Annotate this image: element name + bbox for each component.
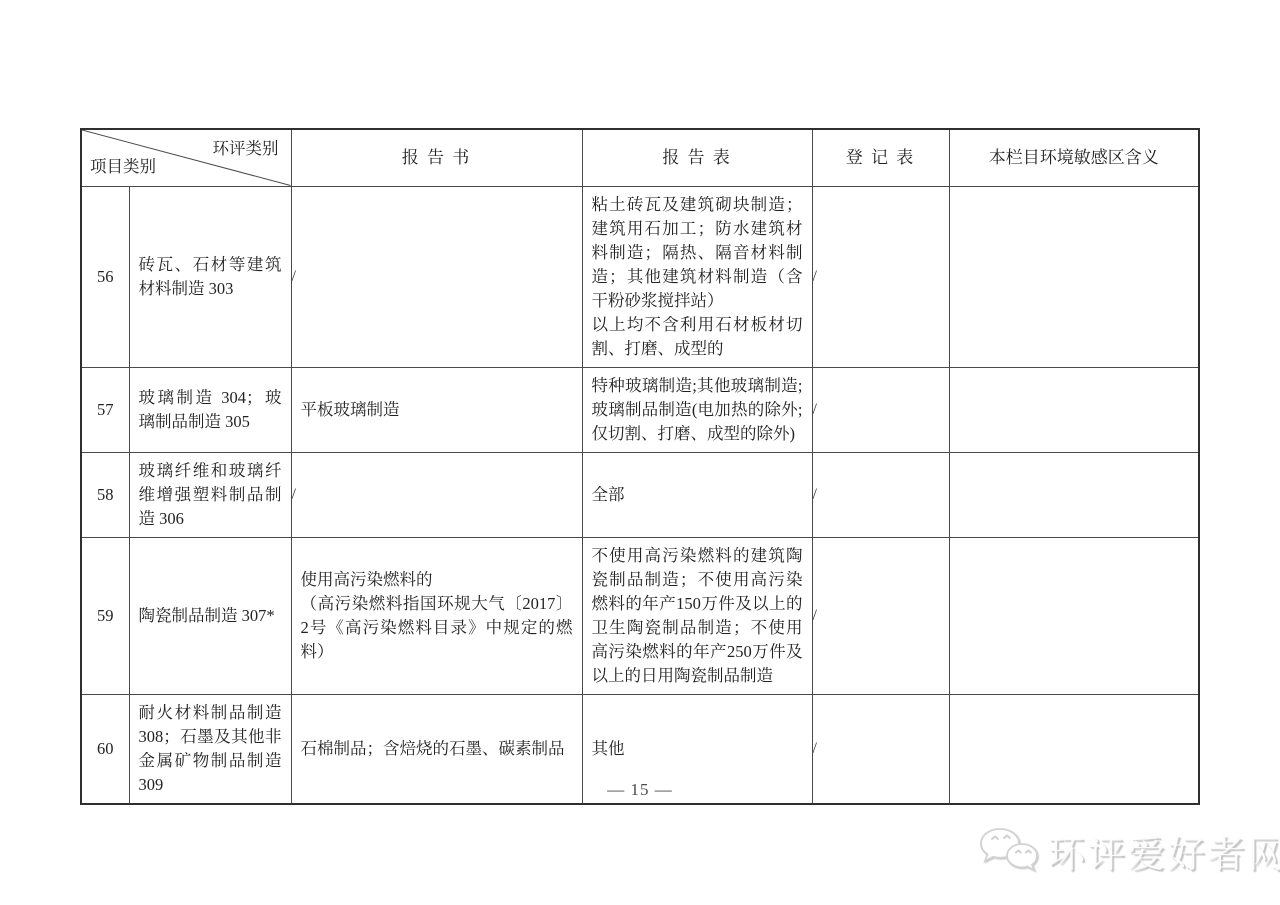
row-59-category-text: 陶瓷制品制造 307* — [130, 598, 291, 634]
watermark-text: 环评爱好者网 — [1048, 824, 1280, 878]
eia-category-table: 环评类别 项目类别 报 告 书 报 告 表 登 记 表 本栏目环境敏感区含义 5… — [80, 128, 1200, 805]
header-eia-category-label: 环评类别 — [213, 137, 279, 161]
row-56-report-form-cell: 粘土砖瓦及建筑砌块制造；建筑用石加工；防水建筑材料制造；隔热、隔音材料制造；其他… — [582, 186, 812, 367]
row-60-report-book-text: 石棉制品；含焙烧的石墨、碳素制品 — [292, 731, 582, 767]
table-header-row: 环评类别 项目类别 报 告 书 报 告 表 登 记 表 本栏目环境敏感区含义 — [81, 129, 1199, 186]
row-58-report-form-cell: 全部 — [582, 452, 812, 537]
row-59-sensitive-cell — [949, 537, 1199, 694]
row-57-category-cell: 玻璃制造 304；玻璃制品制造 305 — [129, 367, 291, 452]
row-59-report-book-p2: （高污染燃料指国环规大气〔2017〕2号《高污染燃料目录》中规定的燃料） — [301, 592, 573, 664]
row-58-category-text: 玻璃纤维和玻璃纤维增强塑料制品制造 306 — [130, 453, 291, 537]
table-row: 59 陶瓷制品制造 307* 使用高污染燃料的 （高污染燃料指国环规大气〔201… — [81, 537, 1199, 694]
diagonal-header-cell: 环评类别 项目类别 — [81, 129, 291, 186]
row-57-sensitive-cell — [949, 367, 1199, 452]
row-59-report-form-p1: 不使用高污染燃料的建筑陶瓷制品制造；不使用高污染燃料的年产150万件及以上的卫生… — [592, 544, 803, 688]
row-57-number: 57 — [81, 367, 129, 452]
row-57-report-form-p1: 特种玻璃制造;其他玻璃制造;玻璃制品制造(电加热的除外;仅切割、打磨、成型的除外… — [592, 374, 803, 446]
header-registration-form: 登 记 表 — [812, 129, 949, 186]
table-row: 57 玻璃制造 304；玻璃制品制造 305 平板玻璃制造 特种玻璃制造;其他玻… — [81, 367, 1199, 452]
row-59-report-book-cell: 使用高污染燃料的 （高污染燃料指国环规大气〔2017〕2号《高污染燃料目录》中规… — [291, 537, 582, 694]
row-57-registration-cell: / — [812, 367, 949, 452]
header-sensitive-meaning: 本栏目环境敏感区含义 — [949, 129, 1199, 186]
row-57-report-book-text: 平板玻璃制造 — [292, 392, 582, 428]
row-57-report-book-cell: 平板玻璃制造 — [291, 367, 582, 452]
row-59-number: 59 — [81, 537, 129, 694]
row-59-report-form-cell: 不使用高污染燃料的建筑陶瓷制品制造；不使用高污染燃料的年产150万件及以上的卫生… — [582, 537, 812, 694]
page-number: — 15 — — [0, 780, 1280, 800]
watermark: 环评爱好者网 — [978, 822, 1280, 880]
row-56-registration-cell: / — [812, 186, 949, 367]
row-58-report-book-cell: / — [291, 452, 582, 537]
row-58-category-cell: 玻璃纤维和玻璃纤维增强塑料制品制造 306 — [129, 452, 291, 537]
row-56-report-form-p2: 以上均不含利用石材板材切割、打磨、成型的 — [592, 313, 803, 361]
row-58-sensitive-cell — [949, 452, 1199, 537]
row-59-category-cell: 陶瓷制品制造 307* — [129, 537, 291, 694]
wechat-icon — [978, 822, 1040, 880]
header-report-book: 报 告 书 — [291, 129, 582, 186]
table-row: 58 玻璃纤维和玻璃纤维增强塑料制品制造 306 / 全部 / — [81, 452, 1199, 537]
row-57-report-form-cell: 特种玻璃制造;其他玻璃制造;玻璃制品制造(电加热的除外;仅切割、打磨、成型的除外… — [582, 367, 812, 452]
row-58-registration-cell: / — [812, 452, 949, 537]
row-59-report-book-p1: 使用高污染燃料的 — [301, 568, 573, 592]
row-56-category-text: 砖瓦、石材等建筑材料制造 303 — [130, 247, 291, 307]
header-project-category-label: 项目类别 — [90, 155, 156, 179]
row-57-category-text: 玻璃制造 304；玻璃制品制造 305 — [130, 380, 291, 440]
row-56-category-cell: 砖瓦、石材等建筑材料制造 303 — [129, 186, 291, 367]
header-report-form: 报 告 表 — [582, 129, 812, 186]
row-59-registration-cell: / — [812, 537, 949, 694]
row-60-report-form-text: 其他 — [583, 731, 812, 767]
row-58-number: 58 — [81, 452, 129, 537]
row-56-report-book-cell: / — [291, 186, 582, 367]
document-page: 环评类别 项目类别 报 告 书 报 告 表 登 记 表 本栏目环境敏感区含义 5… — [0, 0, 1280, 905]
row-56-sensitive-cell — [949, 186, 1199, 367]
row-58-report-form-text: 全部 — [583, 477, 812, 513]
table-row: 56 砖瓦、石材等建筑材料制造 303 / 粘土砖瓦及建筑砌块制造；建筑用石加工… — [81, 186, 1199, 367]
row-56-number: 56 — [81, 186, 129, 367]
row-56-report-form-p1: 粘土砖瓦及建筑砌块制造；建筑用石加工；防水建筑材料制造；隔热、隔音材料制造；其他… — [592, 193, 803, 313]
